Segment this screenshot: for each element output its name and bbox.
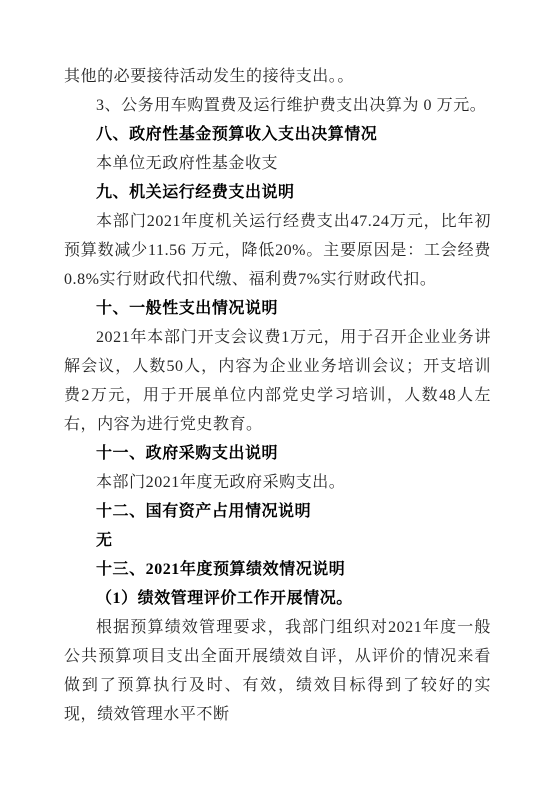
document-page: 其他的必要接待活动发生的接待支出。。3、公务用车购置费及运行维护费支出决算为 0… xyxy=(0,0,555,785)
section-heading: 十二、国有资产占用情况说明 xyxy=(64,497,491,526)
paragraph: 本单位无政府性基金收支 xyxy=(64,149,491,178)
paragraph: 2021年本部门开支会议费1万元，用于召开企业业务讲解会议，人数50人，内容为企… xyxy=(64,323,491,439)
paragraph: 其他的必要接待活动发生的接待支出。。 xyxy=(64,62,491,91)
section-heading: 八、政府性基金预算收入支出决算情况 xyxy=(64,120,491,149)
section-heading: 无 xyxy=(64,526,491,555)
paragraph: 根据预算绩效管理要求，我部门组织对2021年度一般公共预算项目支出全面开展绩效自… xyxy=(64,613,491,729)
paragraph: 本部门2021年度无政府采购支出。 xyxy=(64,468,491,497)
document-content: 其他的必要接待活动发生的接待支出。。3、公务用车购置费及运行维护费支出决算为 0… xyxy=(64,62,491,729)
paragraph: 3、公务用车购置费及运行维护费支出决算为 0 万元。 xyxy=(64,91,491,120)
section-heading: （1）绩效管理评价工作开展情况。 xyxy=(64,584,491,613)
paragraph: 本部门2021年度机关运行经费支出47.24万元，比年初预算数减少11.56 万… xyxy=(64,207,491,294)
section-heading: 十一、政府采购支出说明 xyxy=(64,439,491,468)
document-viewer: { "document": { "page_bg": "#ffffff", "t… xyxy=(0,0,555,785)
section-heading: 十、一般性支出情况说明 xyxy=(64,294,491,323)
section-heading: 九、机关运行经费支出说明 xyxy=(64,178,491,207)
section-heading: 十三、2021年度预算绩效情况说明 xyxy=(64,555,491,584)
